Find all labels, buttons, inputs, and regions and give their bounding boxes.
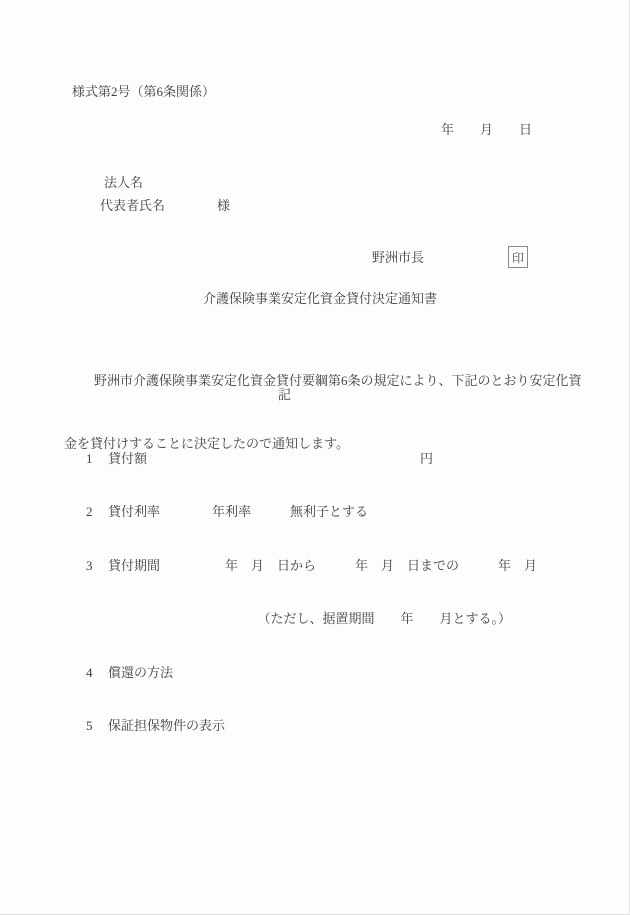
date-placeholder-line: 年 月 日 xyxy=(441,121,532,139)
item-text: 貸付額 円 xyxy=(108,448,433,469)
representative-name-line: 代表者氏名 様 xyxy=(100,197,230,215)
document-page: 様式第2号（第6条関係） 年 月 日 法人名 代表者氏名 様 野洲市長 印 介護… xyxy=(0,0,630,915)
ki-section-marker: 記 xyxy=(278,386,291,404)
item-number: 1 xyxy=(86,448,108,469)
item-text: 保証担保物件の表示 xyxy=(108,715,225,736)
item-list: 1 貸付額 円 2 貸付利率 年利率 無利子とする 3 貸付期間 年 月 日から… xyxy=(86,416,537,768)
item-text: 償還の方法 xyxy=(108,662,173,683)
item-number: 5 xyxy=(86,715,108,736)
item-text: 貸付利率 年利率 無利子とする xyxy=(108,501,368,522)
seal-placeholder-box: 印 xyxy=(508,246,528,268)
list-item-interest-rate: 2 貸付利率 年利率 無利子とする xyxy=(86,501,537,522)
issuer-mayor-name: 野洲市長 xyxy=(372,249,424,267)
corporation-name-label: 法人名 xyxy=(104,174,143,192)
seal-mark: 印 xyxy=(512,249,524,266)
list-item-repayment-method: 4 償還の方法 xyxy=(86,662,537,683)
item-number: 2 xyxy=(86,501,108,522)
item-number: 3 xyxy=(86,555,108,576)
list-item-loan-amount: 1 貸付額 円 xyxy=(86,448,537,469)
list-item-collateral: 5 保証担保物件の表示 xyxy=(86,715,537,736)
item-text: 貸付期間 年 月 日から 年 月 日までの 年 月 xyxy=(108,555,537,576)
body-paragraph-line: 野洲市介護保険事業安定化資金貸付要綱第6条の規定により、下記のとおり安定化資 xyxy=(64,370,576,391)
list-item-loan-period-note: （ただし、据置期間 年 月とする。） xyxy=(86,608,537,629)
item-text: （ただし、据置期間 年 月とする。） xyxy=(108,608,511,629)
item-number xyxy=(86,608,108,629)
form-number: 様式第2号（第6条関係） xyxy=(72,83,215,101)
list-item-loan-period: 3 貸付期間 年 月 日から 年 月 日までの 年 月 xyxy=(86,555,537,576)
item-number: 4 xyxy=(86,662,108,683)
document-title: 介護保険事業安定化資金貸付決定通知書 xyxy=(203,290,437,308)
